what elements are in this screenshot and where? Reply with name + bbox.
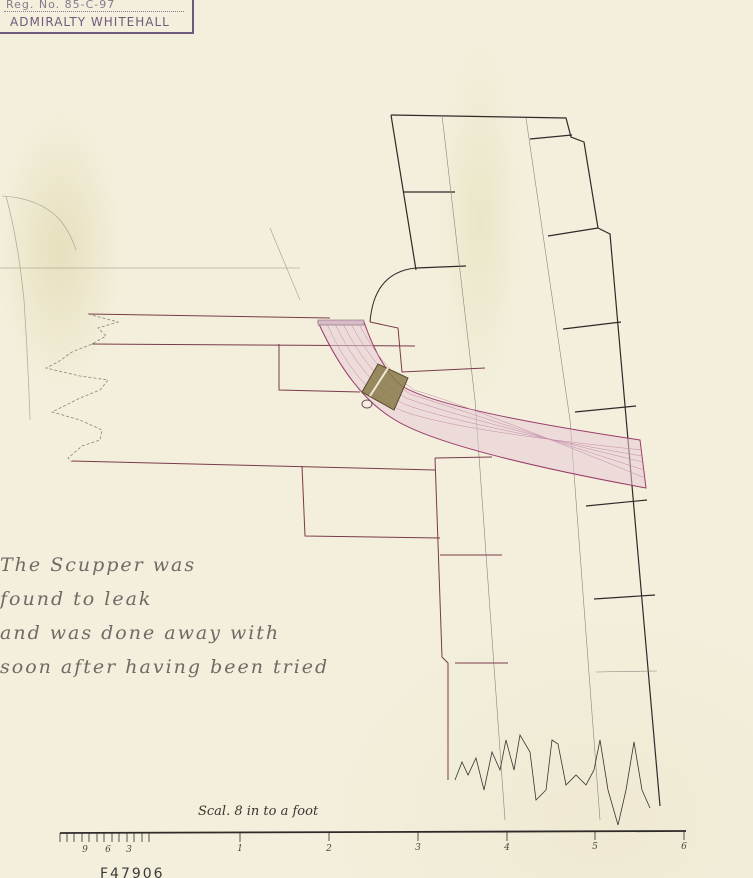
- handwritten-note: The Scupper was found to leak and was do…: [0, 548, 329, 684]
- scale-major-label-6: 6: [681, 842, 687, 852]
- pencil-sketch-lines: [0, 196, 300, 420]
- scale-bar: [60, 831, 686, 842]
- rounded-chock: [370, 268, 416, 322]
- scale-major-label-5: 5: [592, 842, 598, 852]
- scale-major-label-1: 1: [237, 844, 243, 854]
- catalog-number: F47906: [100, 866, 165, 878]
- scale-caption: Scal. 8 in to a foot: [198, 804, 318, 819]
- note-line-1: The Scupper was: [0, 548, 329, 582]
- note-line-2: found to leak: [0, 582, 329, 616]
- scupper-pipe: [318, 320, 646, 488]
- deck-and-frame-lines: [72, 314, 508, 780]
- scale-major-label-3: 3: [415, 843, 421, 853]
- broken-edge-left: [46, 314, 118, 462]
- note-line-4: soon after having been tried: [0, 650, 329, 684]
- scale-major-label-4: 4: [504, 843, 510, 853]
- scale-sub-label-3: 3: [126, 845, 132, 855]
- scale-sub-label-9: 9: [82, 845, 88, 855]
- scale-major-label-2: 2: [326, 844, 332, 854]
- hull-section-drawing: [0, 0, 753, 878]
- scale-sub-label-6: 6: [105, 845, 111, 855]
- note-line-3: and was done away with: [0, 616, 329, 650]
- broken-edge-bottom: [455, 735, 650, 825]
